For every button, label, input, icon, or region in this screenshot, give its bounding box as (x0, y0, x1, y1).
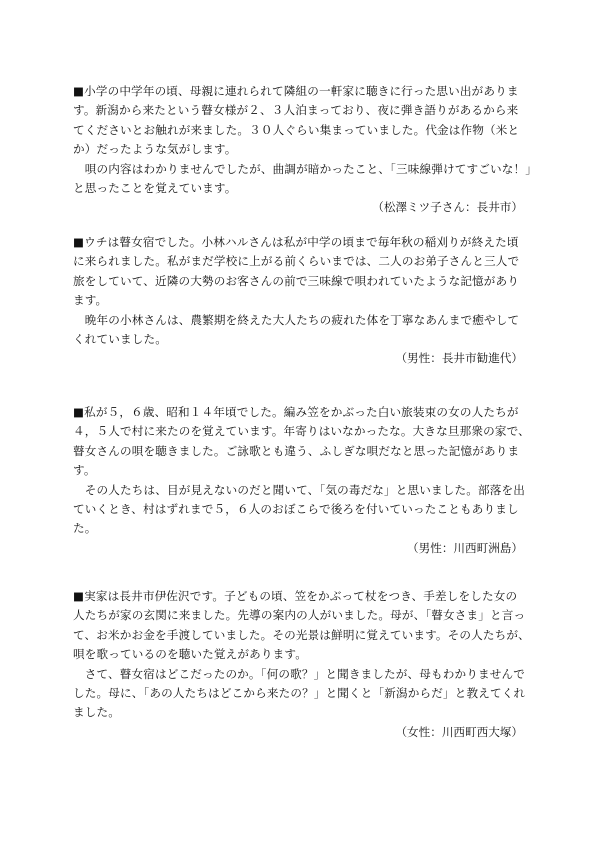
text-line: 瞽女さんの唄を聴きました。ご詠歌とも違う、ふしぎな唄だなと思った記憶がありま (73, 442, 533, 461)
text-line: ■実家は長井市伊佐沢です。子どもの頃、笠をかぶって杖をつき、手差しをした女の (73, 587, 533, 606)
text-line: 晩年の小林さんは、農繁期を終えた大人たちの疲れた体を丁寧なあんまで癒やして (73, 311, 533, 330)
attribution: （女性：川西町西大塚） (73, 723, 533, 742)
text-line: ました。 (73, 703, 533, 722)
attribution: （男性：長井市勧進代） (73, 349, 533, 368)
text-line: に来られました。私がまだ学校に上がる前くらいまでは、二人のお弟子さんと三人で (73, 252, 533, 271)
text-line: す。新潟から来たという瞽女様が２、３人泊まっており、夜に弾き語りがあるから来 (73, 101, 533, 120)
text-line: ていくとき、村はずれまで５，６人のおぼこらで後ろを付いていったこともありまし (73, 500, 533, 519)
text-line: くれていました。 (73, 330, 533, 349)
text-line: か）だったような気がします。 (73, 140, 533, 159)
text-line: と思ったことを覚えています。 (73, 179, 533, 198)
text-line: さて、瞽女宿はどこだったのか。「何の歌？」と聞きましたが、母もわかりませんで (73, 665, 533, 684)
testimony-section-3: ■私が５，６歳、昭和１４年頃でした。編み笠をかぶった白い旅装束の女の人たちが ４… (73, 403, 533, 558)
text-line: ■ウチは瞽女宿でした。小林ハルさんは私が中学の頃まで毎年秋の稲刈りが終えた頃 (73, 233, 533, 252)
text-line: 唄を歌っているのを聴いた覚えがあります。 (73, 645, 533, 664)
text-line: 旅をしていて、近隣の大勢のお客さんの前で三味線で唄われていたような記憶があり (73, 272, 533, 291)
text-line: 唄の内容はわかりませんでしたが、曲調が暗かったこと、「三味線弾けてすごいな！」 (73, 160, 533, 179)
text-line: ■小学の中学年の頃、母親に連れられて隣組の一軒家に聴きに行った思い出がありま (73, 82, 533, 101)
text-line: てくださいとお触れが来ました。３０人ぐらい集まっていました。代金は作物（米と (73, 121, 533, 140)
testimony-section-2: ■ウチは瞽女宿でした。小林ハルさんは私が中学の頃まで毎年秋の稲刈りが終えた頃 に… (73, 233, 533, 369)
text-line: ■私が５，６歳、昭和１４年頃でした。編み笠をかぶった白い旅装束の女の人たちが (73, 403, 533, 422)
text-line: た。 (73, 519, 533, 538)
text-line: ます。 (73, 291, 533, 310)
attribution: （男性：川西町洲島） (73, 539, 533, 558)
text-line: した。母に、「あの人たちはどこから来たの？」と聞くと「新潟からだ」と教えてくれ (73, 684, 533, 703)
testimony-section-1: ■小学の中学年の頃、母親に連れられて隣組の一軒家に聴きに行った思い出がありま す… (73, 82, 533, 218)
attribution: （松澤ミツ子さん：長井市） (73, 198, 533, 217)
text-line: 人たちが家の玄関に来ました。先導の案内の人がいました。母が、「瞽女さま」と言っ (73, 606, 533, 625)
text-line: す。 (73, 461, 533, 480)
text-line: て、お米かお金を手渡していました。その光景は鮮明に覚えています。その人たちが、 (73, 626, 533, 645)
text-line: ４，５人で村に来たのを覚えています。年寄りはいなかったな。大きな旦那衆の家で、 (73, 422, 533, 441)
text-line: その人たちは、目が見えないのだと聞いて、「気の毒だな」と思いました。部落を出 (73, 481, 533, 500)
testimony-section-4: ■実家は長井市伊佐沢です。子どもの頃、笠をかぶって杖をつき、手差しをした女の 人… (73, 587, 533, 742)
